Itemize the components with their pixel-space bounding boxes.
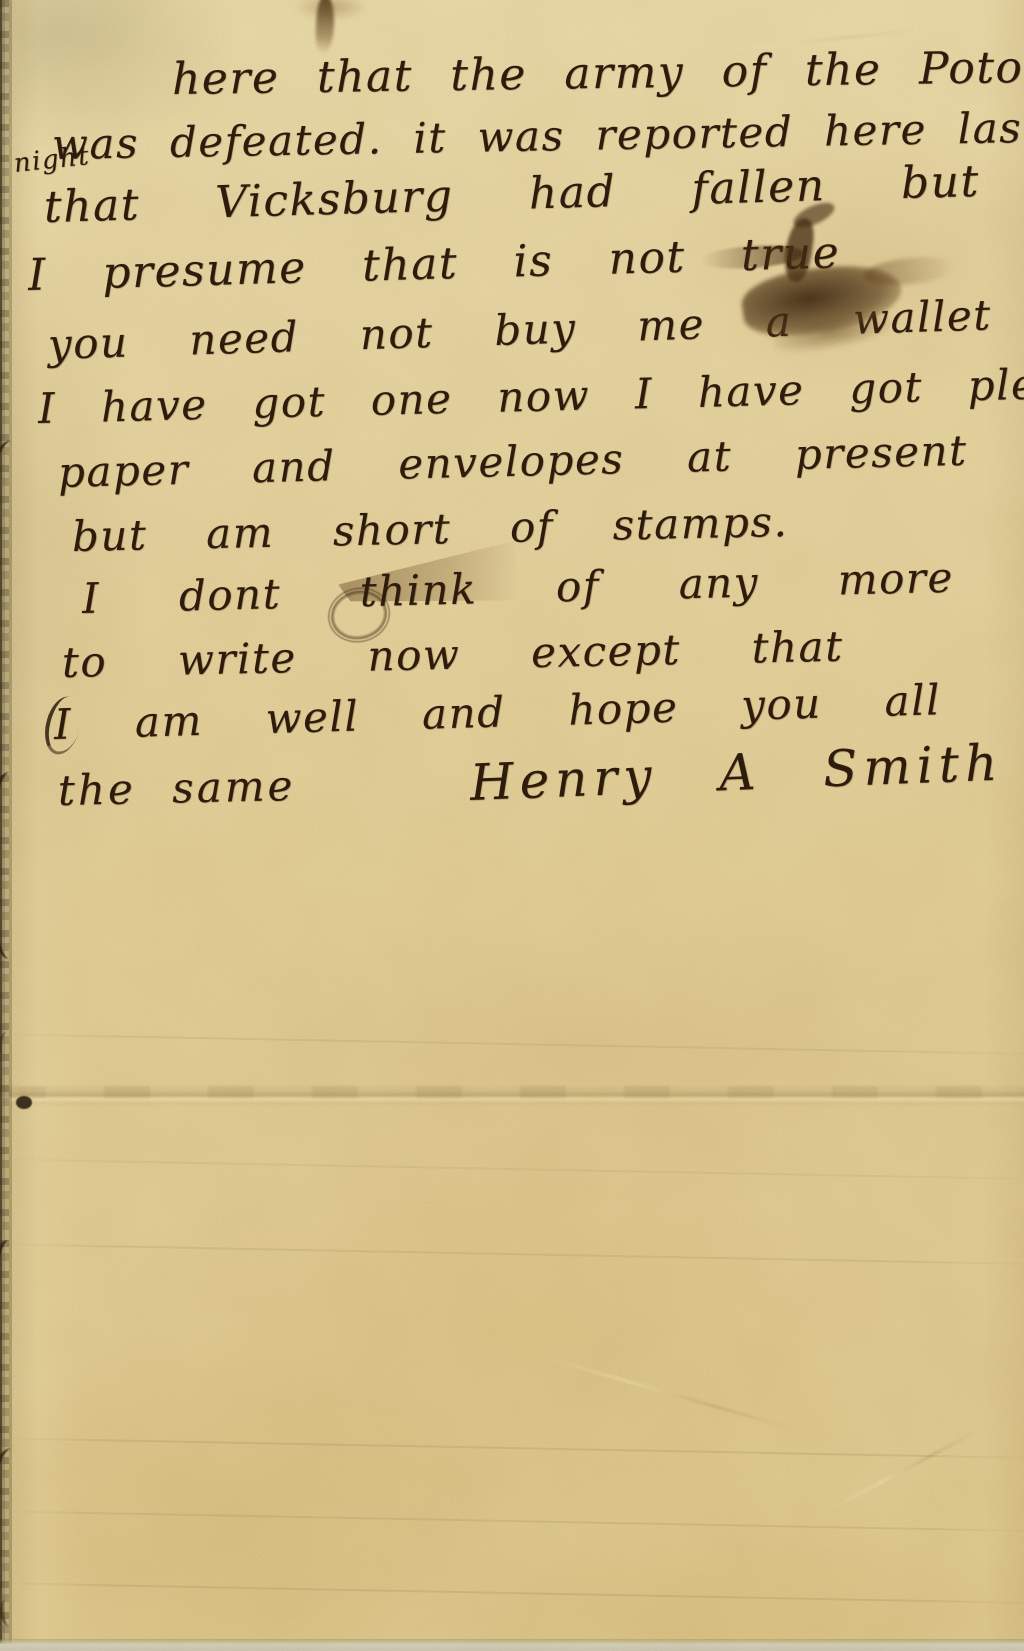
paper-wrinkle — [829, 1428, 981, 1510]
paper-wrinkle — [545, 1356, 796, 1431]
letter-line: that Vicksburg had fallen but — [43, 158, 980, 233]
bottom-page-edge — [0, 1639, 1024, 1651]
letter-line: I dont think of any more — [81, 555, 954, 622]
letter-line: I am well and hope you all — [53, 677, 941, 748]
ruled-line — [0, 1243, 1024, 1266]
letter-line: here that the army of the Potomac — [172, 43, 1024, 105]
letter-closing: the same — [58, 763, 296, 814]
ruled-line — [0, 1437, 1024, 1460]
inserted-word: night — [13, 142, 92, 178]
letter-line: but am short of stamps. — [72, 499, 789, 560]
ruled-line — [0, 1158, 1024, 1181]
letter-line: paper and envelopes at present — [57, 428, 968, 496]
signature: Henry A Smith — [469, 736, 1004, 811]
ink-smudge-top-halo — [296, 0, 366, 20]
ruled-line — [0, 1033, 1024, 1056]
letter-page: here that the army of the Potomac was de… — [0, 0, 1024, 1651]
letter-line: I have got one now I have got plenty — [37, 360, 1024, 432]
left-page-edge — [0, 0, 22, 1651]
letter-line: to write now except that — [62, 624, 844, 687]
pen-bleed-mark — [16, 1096, 32, 1109]
ruled-line — [0, 1510, 1024, 1533]
ink-blot-right-streak — [863, 253, 957, 288]
fold-crease-wrinkles — [0, 1086, 1024, 1098]
ruled-line — [0, 1582, 1024, 1605]
